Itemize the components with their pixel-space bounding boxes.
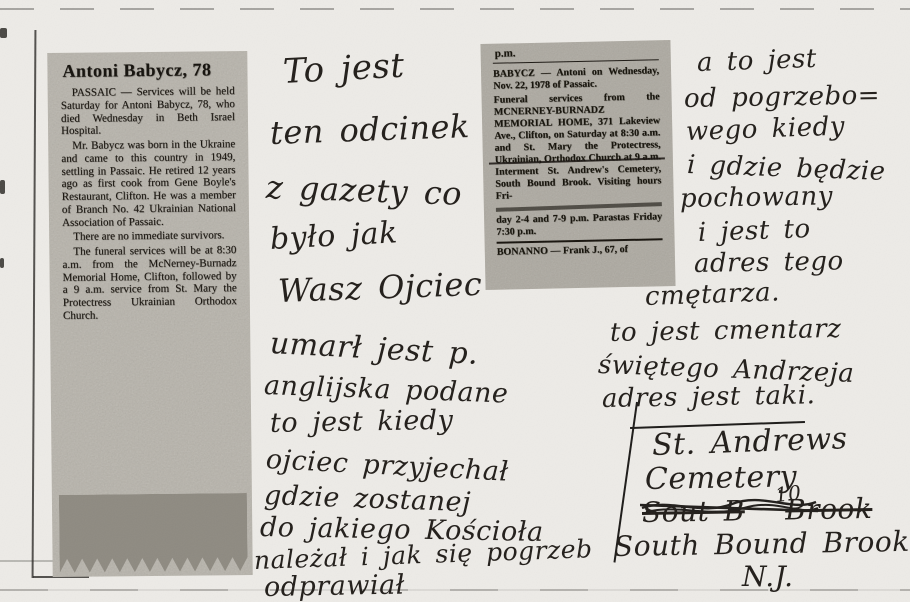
right-clipping-text: p.m. BABYCZ — Antoni on Wednesday, Nov. …: [480, 40, 674, 259]
scan-line-top: [0, 8, 910, 10]
obituary-paragraph: PASSAIC — Services will be held Saturday…: [61, 85, 236, 138]
handwritten-note-line: było jak: [269, 215, 399, 257]
right-newspaper-clipping: p.m. BABYCZ — Antoni on Wednesday, Nov. …: [480, 40, 675, 290]
handwritten-note-line: umarł jest p.: [269, 326, 479, 372]
address-cemetery-name: St. Andrews: [651, 421, 848, 463]
handwritten-note-line: odprawiał: [264, 570, 405, 602]
scan-speck: [0, 258, 4, 268]
obituary-paragraph: There are no immediate survivors.: [62, 229, 236, 244]
clipping-header-pm: p.m.: [493, 43, 659, 63]
obituary-headline: Antoni Babycz, 78: [60, 55, 234, 87]
torn-edge-band: [496, 202, 662, 212]
handwritten-note-line: cmętarza.: [644, 277, 780, 312]
handwritten-note-line: anglijska podane: [263, 370, 509, 410]
scan-speck: [0, 180, 5, 194]
illegible-newsprint-block: [59, 493, 248, 577]
left-newspaper-clipping: Antoni Babycz, 78 PASSAIC — Services wil…: [47, 51, 252, 577]
pencil-bracket-left-vertical: [32, 30, 37, 578]
scan-speck: [0, 28, 7, 38]
crossed-out-text: Sout B: [642, 494, 745, 529]
handwritten-note-line: z gazety co: [265, 168, 462, 213]
left-clipping-text: Antoni Babycz, 78 PASSAIC — Services wil…: [47, 51, 250, 323]
scanned-obituary-page: Antoni Babycz, 78 PASSAIC — Services wil…: [0, 0, 910, 602]
death-notice-paragraph: Funeral services from the MCNERNEY-BURNA…: [494, 91, 662, 202]
handwritten-note-line: pochowany: [680, 181, 833, 214]
handwritten-note-line: od pogrzebo=: [684, 81, 881, 114]
handwritten-note-line: to jest kiedy: [270, 405, 454, 439]
death-notice-paragraph: day 2-4 and 7-9 p.m. Parastas Friday 7:3…: [496, 211, 662, 238]
handwritten-note-line: adres tego: [694, 246, 844, 279]
obituary-paragraph: Mr. Babycz was born in the Ukraine and c…: [61, 138, 236, 229]
handwritten-note-line: a to jest: [696, 44, 817, 78]
handwritten-note-line: Wasz Ojciec: [277, 265, 483, 310]
address-city: South Bound Brook: [614, 525, 910, 563]
next-obituary-entry: BONANNO — Frank J., 67, of: [497, 243, 663, 258]
handwritten-note-line: adres jest taki.: [602, 380, 816, 414]
handwritten-note-line: i jest to: [697, 214, 811, 248]
handwritten-note-line: To jest: [282, 46, 406, 92]
handwritten-note-line: wego kiedy: [685, 111, 845, 147]
handwritten-note-line: to jest cmentarz: [610, 314, 842, 348]
address-crossed-out-line: Sout B Brook: [642, 492, 873, 529]
death-notice-paragraph: BABYCZ — Antoni on Wednesday, Nov. 22, 1…: [493, 65, 659, 92]
address-inserted-number: 10: [774, 480, 803, 507]
obituary-paragraph: The funeral services will be at 8:30 a.m…: [62, 244, 237, 322]
handwritten-note-line: ten odcinek: [269, 107, 470, 152]
address-state: N.J.: [742, 560, 794, 593]
